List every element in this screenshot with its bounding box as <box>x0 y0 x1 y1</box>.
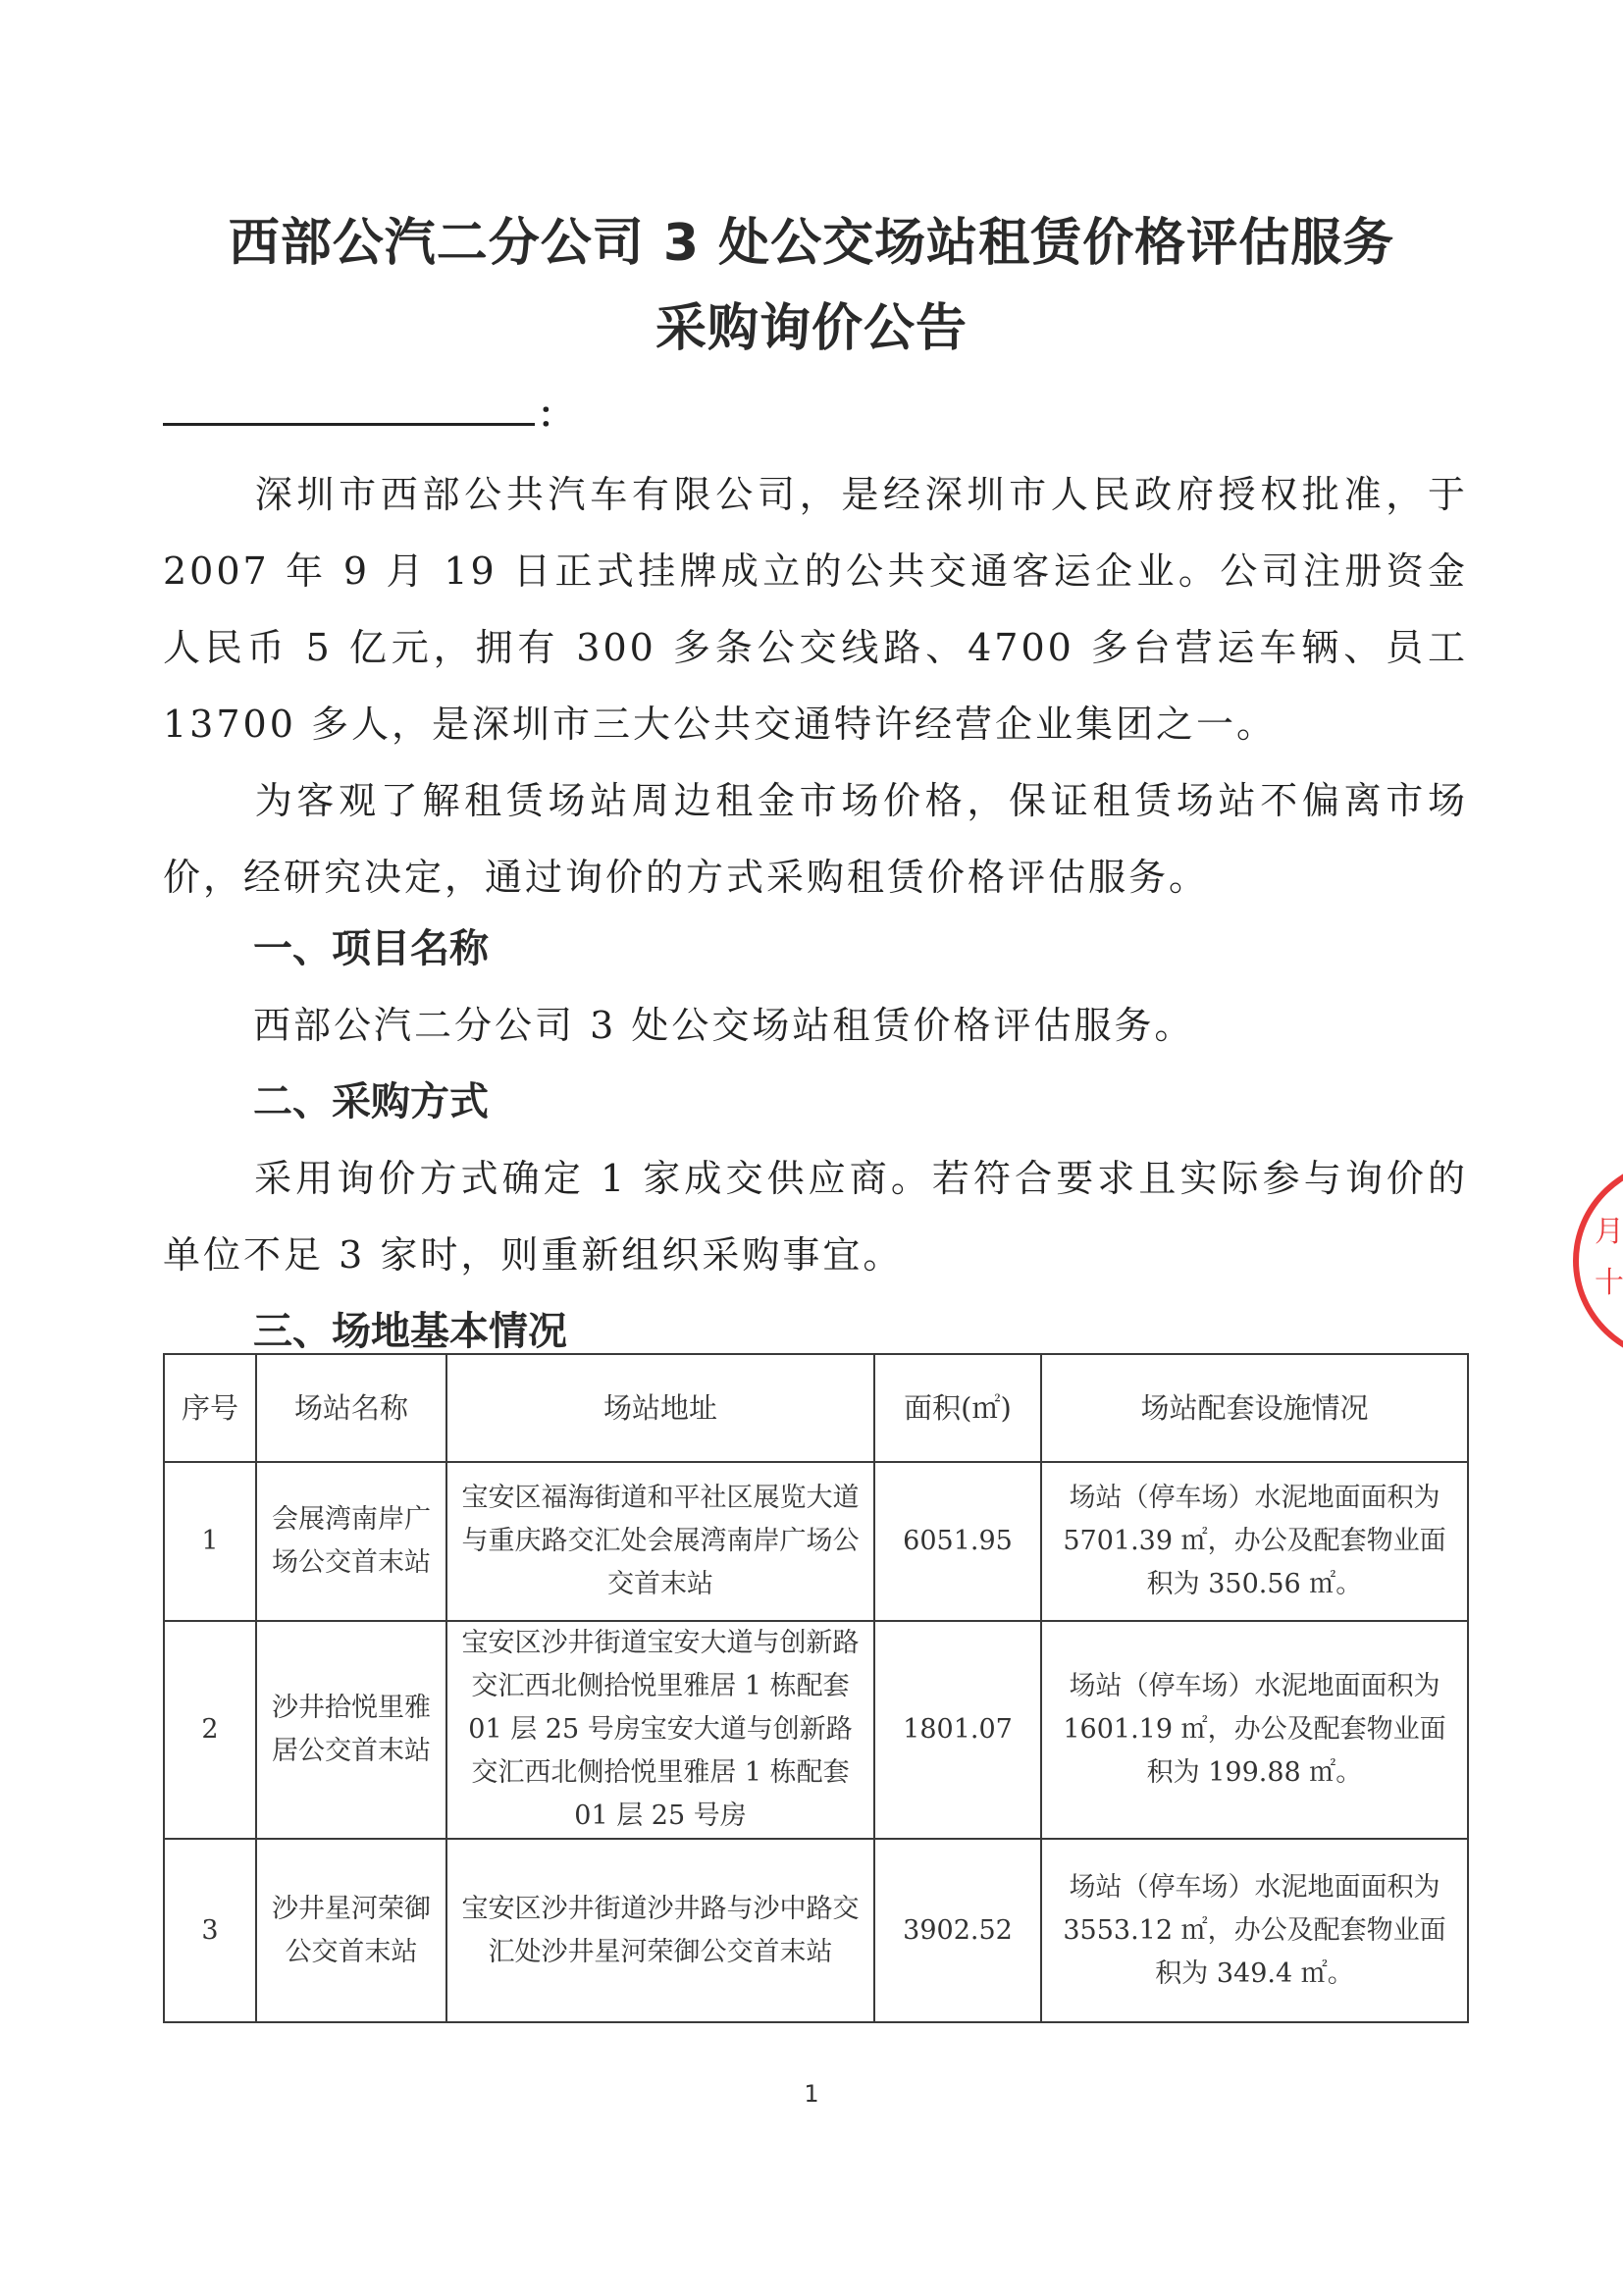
cell-name: 沙井拾悦里雅居公交首末站 <box>256 1621 446 1839</box>
table-row: 1 会展湾南岸广场公交首末站 宝安区福海街道和平社区展览大道与重庆路交汇处会展湾… <box>164 1462 1468 1621</box>
project-name-paragraph: 西部公汽二分公司 3 处公交场站租赁价格评估服务。 <box>163 987 1468 1064</box>
page-number: 1 <box>0 2080 1623 2108</box>
table-row: 3 沙井星河荣御公交首末站 宝安区沙井街道沙井路与沙中路交汇处沙井星河荣御公交首… <box>164 1839 1468 2022</box>
header-address: 场站地址 <box>446 1354 874 1462</box>
header-facilities: 场站配套设施情况 <box>1041 1354 1468 1462</box>
section-heading-procurement-method: 二、采购方式 <box>253 1070 489 1126</box>
intro-paragraph: 深圳市西部公共汽车有限公司，是经深圳市人民政府授权批准，于 2007 年 9 月… <box>163 456 1468 762</box>
project-name-text: 西部公汽二分公司 3 处公交场站租赁价格评估服务。 <box>253 1004 1194 1047</box>
section-heading-project-name: 一、项目名称 <box>253 917 489 973</box>
cell-area: 1801.07 <box>874 1621 1041 1839</box>
procurement-method-text: 采用询价方式确定 1 家成交供应商。若符合要求且实际参与询价的单位不足 3 家时… <box>163 1157 1468 1277</box>
cell-facilities: 场站（停车场）水泥地面面积为 5701.39 ㎡，办公及配套物业面积为 350.… <box>1041 1462 1468 1621</box>
cell-address: 宝安区沙井街道沙井路与沙中路交汇处沙井星河荣御公交首末站 <box>446 1839 874 2022</box>
addressee-colon: ： <box>538 388 573 438</box>
section-heading-site-info: 三、场地基本情况 <box>253 1300 567 1356</box>
document-title-line-1: 西部公汽二分公司 3 处公交场站租赁价格评估服务 <box>0 201 1623 275</box>
document-title-line-2: 采购询价公告 <box>0 287 1623 360</box>
intro-paragraph-text: 深圳市西部公共汽车有限公司，是经深圳市人民政府授权批准，于 2007 年 9 月… <box>163 473 1468 746</box>
cell-facilities: 场站（停车场）水泥地面面积为 3553.12 ㎡，办公及配套物业面积为 349.… <box>1041 1839 1468 2022</box>
cell-area: 3902.52 <box>874 1839 1041 2022</box>
cell-no: 3 <box>164 1839 256 2022</box>
cell-no: 1 <box>164 1462 256 1621</box>
purpose-paragraph: 为客观了解租赁场站周边租金市场价格，保证租赁场站不偏离市场价，经研究决定，通过询… <box>163 762 1468 915</box>
site-info-table: 序号 场站名称 场站地址 面积(㎡) 场站配套设施情况 1 会展湾南岸广场公交首… <box>163 1353 1469 2023</box>
addressee-underline <box>163 423 535 426</box>
header-name: 场站名称 <box>256 1354 446 1462</box>
cell-name: 沙井星河荣御公交首末站 <box>256 1839 446 2022</box>
table-header-row: 序号 场站名称 场站地址 面积(㎡) 场站配套设施情况 <box>164 1354 1468 1462</box>
table-row: 2 沙井拾悦里雅居公交首末站 宝安区沙井街道宝安大道与创新路交汇西北侧拾悦里雅居… <box>164 1621 1468 1839</box>
cell-address: 宝安区沙井街道宝安大道与创新路交汇西北侧拾悦里雅居 1 栋配套 01 层 25 … <box>446 1621 874 1839</box>
cell-no: 2 <box>164 1621 256 1839</box>
procurement-method-paragraph: 采用询价方式确定 1 家成交供应商。若符合要求且实际参与询价的单位不足 3 家时… <box>163 1140 1468 1293</box>
cell-address: 宝安区福海街道和平社区展览大道与重庆路交汇处会展湾南岸广场公交首末站 <box>446 1462 874 1621</box>
purpose-paragraph-text: 为客观了解租赁场站周边租金市场价格，保证租赁场站不偏离市场价，经研究决定，通过询… <box>163 779 1468 899</box>
cell-facilities: 场站（停车场）水泥地面面积为 1601.19 ㎡，办公及配套物业面积为 199.… <box>1041 1621 1468 1839</box>
cell-area: 6051.95 <box>874 1462 1041 1621</box>
cell-name: 会展湾南岸广场公交首末站 <box>256 1462 446 1621</box>
header-area: 面积(㎡) <box>874 1354 1041 1462</box>
official-seal-text: 月十 <box>1595 1207 1623 1309</box>
addressee-blank: ： <box>163 388 555 427</box>
header-no: 序号 <box>164 1354 256 1462</box>
